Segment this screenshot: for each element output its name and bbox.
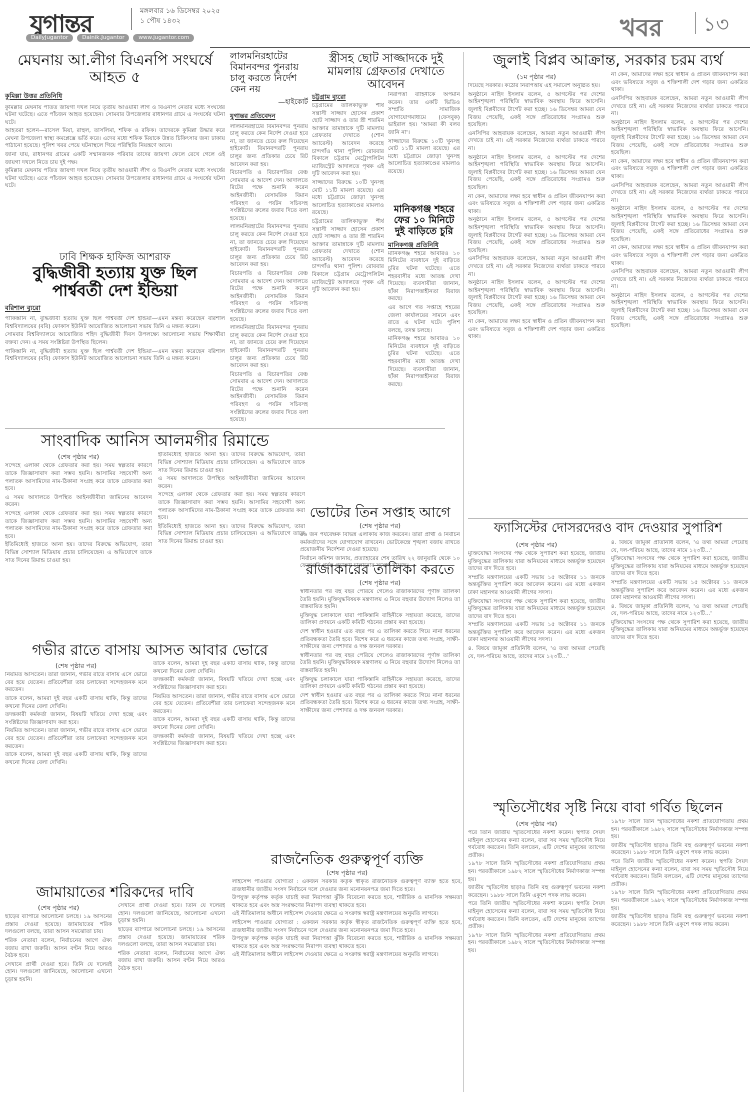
paragraph: ৪. বিষয়ে জামুকা প্রতিনিধি বলেন, 'এ তথ্য… <box>611 540 748 555</box>
article-gavir: গভীর রাতে বাসায় আসত আবার ভোরে (শেষ পৃষ্… <box>5 642 295 887</box>
paragraph: বিচারপতি ও বিচারপতির বেঞ্চ সোমবার এ আদেশ… <box>230 271 308 324</box>
section-title: খবর <box>620 10 662 50</box>
article-voter: ভোটের তিন সপ্তাহ আগে (শেষ পৃষ্ঠার পর) ৪৬… <box>300 505 460 570</box>
paragraph: ইতিমিধ্যেই হাজতে আনা হয়। তাদের বিরুদ্ধে… <box>158 452 305 475</box>
page-divider <box>695 12 696 34</box>
paragraph: মানিকগঞ্জ শহরে আবারও ১০ মিনিটের ব্যবধানে… <box>388 336 460 389</box>
article-headline: ভোটের তিন সপ্তাহ আগে <box>300 505 460 521</box>
continued-label: (শেষ পৃষ্ঠার পর) <box>5 661 147 672</box>
paragraph: দেশ স্বাধীন হওয়ার এত বছর পর এ তালিকা কর… <box>300 693 460 716</box>
paragraph: না কেন, আমাদের লক্ষ্য হবে স্বাধীন ও প্রত… <box>611 72 748 95</box>
article-anis: সাংবাদিক আনিস আলমগীর রিমান্ডে (শেষ পৃষ্ঠ… <box>5 432 305 633</box>
paragraph: না কেন, আমাদের লক্ষ্য হবে স্বাধীন ও প্রত… <box>468 319 605 342</box>
paragraph: পরে তিনি জাতীয় স্মৃতিসৌধের নকশা করেন। স… <box>611 859 748 889</box>
paragraph: অনুষ্ঠানে নাহিদ ইসলাম বলেন, ৫ আগস্টের পর… <box>468 217 605 255</box>
article-headline: মেঘনায় আ.লীগ বিএনপি সংঘর্ষে আহত ৫ <box>5 52 225 87</box>
paragraph: উপযুক্ত কর্তৃপক্ষ কর্তৃক যাচাই করা নিরাপ… <box>232 936 462 951</box>
article-byline: চট্টগ্রাম ব্যুরো <box>312 92 384 103</box>
paragraph: পাকিস্তানি না, বুদ্ধিজীবী হত্যায় যুক্ত … <box>5 316 225 331</box>
paragraph: তদন্তকারী কর্মকর্তা জানান, বিষয়টি খতিয়… <box>5 712 147 727</box>
article-kicker: ঢাবি শিক্ষক হাফিজ আশরাফ <box>5 252 225 264</box>
paragraph: অনুষ্ঠানে নাহিদ ইসলাম বলেন, ৫ আগস্টের পর… <box>468 92 605 130</box>
paragraph: উপযুক্ত কর্তৃপক্ষ কর্তৃক যাচাই করা নিরাপ… <box>232 895 462 910</box>
paragraph: সম্প্রতি মন্ত্রণালয়ের একটি সভায় ১৫ অক্… <box>611 580 748 603</box>
paragraph: না কেন, আমাদের লক্ষ্য হবে স্বাধীন ও প্রত… <box>611 159 748 182</box>
article-body-col2: ১৯৭৮ সালে তিনি স্মৃতিসৌধের নকশা প্রতিযোগ… <box>611 819 748 1079</box>
paragraph: ছাড়ের ব্যাপারে আলোচনা চলছে। ১৯ আসনের প্… <box>118 927 225 950</box>
article-body: দিয়েছে সরকার। কঠোর নিরাপত্তায় এই সমাবে… <box>468 83 605 521</box>
article-headline: স্ত্রীসহ ছোট সাজ্জাদকে দুই মামলায় গ্রেফ… <box>312 52 460 92</box>
paragraph: মুক্তিযোদ্ধা সংসদের পক্ষ থেকে সুপারিশ কর… <box>468 551 605 574</box>
article-byline: কুমিল্লা উত্তর প্রতিনিধি <box>5 91 225 102</box>
paragraph: পরে তিনি জাতীয় স্মৃতিসৌধের নকশা করেন। স… <box>468 830 605 860</box>
paragraph: সেখানে প্রার্থী দেওয়া হবে। তিনি যে দলের… <box>118 903 225 926</box>
social-facebook-link[interactable]: Dainik.Jugantor <box>77 34 129 42</box>
paragraph: মুক্তিযোদ্ধা সংসদের পক্ষ থেকে সুপারিশ কর… <box>468 599 605 622</box>
paragraph: এনসিপির আহবায়ক বলেছেন, আমরা নতুন আওয়াম… <box>468 131 605 154</box>
paragraph: সন্দেহে এলাকা থেকে গ্রেফতার করা হয়। সময… <box>158 492 305 522</box>
paragraph: লালমনিরহাটের বিমানবন্দর পুনরায় চালু করত… <box>230 325 308 371</box>
paragraph: ৪. বিষয়ে জামুকা প্রতিনিধি বলেন, 'এ তথ্য… <box>611 604 748 619</box>
paragraph: লালমনিরহাটের বিমানবন্দর পুনরায় চালু করত… <box>230 224 308 270</box>
paragraph: সেখানে প্রার্থী দেওয়া হবে। তিনি যে দলের… <box>5 962 112 985</box>
paragraph: লাইসেন্স পাওয়ার যোগ্যতা : একজন সরকার কর… <box>232 879 462 894</box>
paragraph: ১৯৭৮ সালে তিনি স্মৃতিসৌধের নকশা প্রতিযোগ… <box>611 890 748 913</box>
paragraph: এ সময় আদালতে উপস্থিত আইনজীবীরা জামিনের … <box>5 495 152 510</box>
paragraph: অনুষ্ঠানে নাহিদ ইসলাম বলেন, ৫ আগস্টের পর… <box>611 206 748 244</box>
paragraph: সম্প্রতি মন্ত্রণালয়ের একটি সভায় ১৫ অক্… <box>468 622 605 645</box>
article-headline: রাজনৈতিক গুরুত্বপূর্ণ ব্যক্তি <box>232 852 462 868</box>
header-rule <box>210 47 750 48</box>
social-x-link[interactable]: DailyJugantor <box>26 34 73 42</box>
page-number: ১৩ <box>703 10 729 43</box>
date-bengali: ১ পৌষ ১৪৩২ <box>140 16 220 26</box>
paragraph: ইতিমিধ্যেই হাজতে আনা হয়। তাদের বিরুদ্ধে… <box>5 542 152 565</box>
article-attribution: —হাইকোর্ট <box>230 96 308 108</box>
date-gregorian: মঙ্গলবার ১৬ ডিসেম্বর ২০২৫ <box>140 6 220 16</box>
article-body: পাকিস্তানি না, বুদ্ধিজীবী হত্যায় যুক্ত … <box>5 316 225 404</box>
paragraph: এনসিপির আহবায়ক বলেছেন, আমরা নতুন আওয়াম… <box>611 269 748 292</box>
article-body-col2: নিরাপত্তা বাহিনীকে অপমান করেন। তার একটি … <box>388 92 460 200</box>
logo-divider <box>131 8 132 30</box>
article-sazzad: স্ত্রীসহ ছোট সাজ্জাদকে দুই মামলায় গ্রেফ… <box>312 52 460 92</box>
paragraph: ছাড়ের ব্যাপারে আলোচনা চলছে। ১৯ আসনের প্… <box>5 914 112 937</box>
article-body: চট্টগ্রামের তালিকাভুক্ত শীর্ষ সন্ত্রাসী … <box>312 103 384 433</box>
paragraph: দেশ স্বাধীন হওয়ার এত বছর পর এ তালিকা কর… <box>300 629 460 652</box>
paragraph: না কেন, আমাদের লক্ষ্য হবে স্বাধীন ও প্রত… <box>611 245 748 268</box>
continued-label: (শেষ পৃষ্ঠার পর) <box>468 540 605 551</box>
article-body: পরে তিনি জাতীয় স্মৃতিসৌধের নকশা করেন। স… <box>468 830 605 1082</box>
paragraph: তাকে বলেন, আমরা দুই বছর একটি বাসায় থাকি… <box>5 752 147 767</box>
article-rajnoitik: রাজনৈতিক গুরুত্বপূর্ণ ব্যক্তি (শেষ পৃষ্ঠ… <box>232 852 462 1089</box>
article-byline: বরিশাল ব্যুরো <box>5 303 225 314</box>
continued-label: (১ম পৃষ্ঠার পর) <box>468 72 605 83</box>
article-body-col2: ৪. বিষয়ে জামুকা প্রতিনিধি বলেন, 'এ তথ্য… <box>611 540 748 786</box>
paragraph: সোমবার বিশ্ববিদ্যালয়ে আয়োজিত শহিদ বুদ্… <box>5 332 225 347</box>
article-headline: ফ্যাসিস্টের দোসরদেরও বাদ দেওয়ার সুপারিশ <box>468 522 748 537</box>
article-body-col2: না কেন, আমাদের লক্ষ্য হবে স্বাধীন ও প্রত… <box>611 72 748 518</box>
paragraph: তদন্তকারী কর্মকর্তা জানান, বিষয়টি খতিয়… <box>153 734 295 749</box>
divider <box>468 518 748 519</box>
paragraph: বিচারপতি ও বিচারপতির বেঞ্চ সোমবার এ আদেশ… <box>230 372 308 425</box>
paragraph: সম্প্রতি মন্ত্রণালয়ের একটি সভায় ১৫ অক্… <box>468 575 605 598</box>
column-divider <box>463 52 464 1092</box>
article-jamaat: জামায়াতের শরিকদের দাবি (শেষ পৃষ্ঠার পর)… <box>5 884 225 1094</box>
paragraph: এনসিপির আহবায়ক বলেছেন, আমরা নতুন আওয়াম… <box>468 256 605 279</box>
article-smriti: স্মৃতিসৌধের সৃষ্টি নিয়ে বাবা গর্বিত ছিল… <box>468 800 748 1082</box>
paragraph: চট্টগ্রামের তালিকাভুক্ত শীর্ষ সন্ত্রাসী … <box>312 219 384 295</box>
paragraph: তাকে বলেন, আমরা দুই বছর একটি বাসায় থাকি… <box>153 717 295 732</box>
paragraph: শরিক নেতারা বলেন, নির্বাচনের আগে ঐক্য বজ… <box>5 938 112 961</box>
article-headline: বুদ্ধিজীবী হত্যায় যুক্ত ছিল পার্শ্ববর্ত… <box>5 264 225 301</box>
paragraph: চট্টগ্রামের তালিকাভুক্ত শীর্ষ সন্ত্রাসী … <box>312 103 384 179</box>
paragraph: লাইসেন্স পাওয়ার যোগ্যতা : একজন সরকার কর… <box>232 920 462 935</box>
paragraph: নিয়মিত আসতেন। তারা জানান, গভীর রাতে বাস… <box>5 672 147 695</box>
paragraph: অনুষ্ঠানে নাহিদ ইসলাম বলেন, ৫ আগস্টের পর… <box>611 120 748 158</box>
paragraph: এ সময় আদালতে উপস্থিত আইনজীবীরা জামিনের … <box>158 476 305 491</box>
paragraph: বিচারপতি ও বিচারপতির বেঞ্চ সোমবার এ আদেশ… <box>230 170 308 223</box>
paragraph: জাতীয় স্মৃতিসৌধ ছাড়াও তিনি বহু গুরুত্ব… <box>468 885 605 900</box>
article-body: ছাড়ের ব্যাপারে আলোচনা চলছে। ১৯ আসনের প্… <box>5 914 112 1094</box>
paragraph: নিয়মিত আসতেন। তারা জানান, গভীর রাতে বাস… <box>153 694 295 717</box>
paragraph: পাকিস্তানি না, বুদ্ধিজীবী হত্যায় যুক্ত … <box>5 349 225 364</box>
paragraph: তাকে বলেন, আমরা দুই বছর একটি বাসায় থাকি… <box>5 696 147 711</box>
article-body: স্বাধীনতার পর বহু বছর পেরিয়ে গেলেও রাজা… <box>300 589 460 821</box>
paragraph: এর আগে গত সপ্তাহে শহরের জেলা কার্যালয়ের… <box>388 305 460 335</box>
continued-label: (শেষ পৃষ্ঠার পর) <box>5 903 112 914</box>
paragraph: ১৯৭৮ সালে তিনি স্মৃতিসৌধের নকশা প্রতিযোগ… <box>468 933 605 956</box>
article-rajakar: রাজাকারের তালিকা করতে (শেষ পৃষ্ঠার পর) স… <box>300 562 460 821</box>
paragraph: ৪. বিষয়ে জামুকা প্রতিনিধি বলেন, 'এ তথ্য… <box>468 646 605 661</box>
paragraph: এই নীতিমালার অধীনে লাইসেন্স দেওয়ার ক্ষে… <box>232 911 462 919</box>
paragraph: লালমনিরহাটের বিমানবন্দর পুনরায় চালু করত… <box>230 124 308 170</box>
paragraph: পরে তিনি জাতীয় স্মৃতিসৌধের নকশা করেন। স… <box>468 901 605 931</box>
article-body-col2: সেখানে প্রার্থী দেওয়া হবে। তিনি যে দলের… <box>118 903 225 1091</box>
paragraph: মুক্তিযুদ্ধ চলাকালে যারা পাকিস্তানি বাহি… <box>300 613 460 628</box>
article-body: লাইসেন্স পাওয়ার যোগ্যতা : একজন সরকার কর… <box>232 879 462 1089</box>
continued-label: (শেষ পৃষ্ঠার পর) <box>300 521 460 532</box>
article-headline: সাংবাদিক আনিস আলমগীর রিমান্ডে <box>5 432 305 450</box>
issue-date: মঙ্গলবার ১৬ ডিসেম্বর ২০২৫ ১ পৌষ ১৪৩২ <box>140 6 220 26</box>
article-meghna: মেঘনায় আ.লীগ বিএনপি সংঘর্ষে আহত ৫ কুমিল… <box>5 52 225 240</box>
paragraph: নিরাপত্তা বাহিনীকে অপমান করেন। তার একটি … <box>388 92 460 138</box>
article-body-col2: তাকে বলেন, আমরা দুই বছর একটি বাসায় থাকি… <box>153 661 295 884</box>
paragraph: নিয়মিত আসতেন। তারা জানান, গভীর রাতে বাস… <box>5 728 147 751</box>
article-headline: লালমনিরহাটের বিমানবন্দর পুনরায় চালু করত… <box>230 52 308 96</box>
paragraph: মুক্তিযোদ্ধা সংসদের পক্ষ থেকে সুপারিশ কর… <box>611 620 748 643</box>
article-byline: যুগান্তর প্রতিবেদন <box>230 111 308 122</box>
article-body: সন্দেহে এলাকা থেকে গ্রেফতার করা হয়। সময… <box>5 463 152 633</box>
paragraph: সাজ্জাদের বিরুদ্ধে ১০টি খুনসহ মোট ১১টি ম… <box>312 180 384 218</box>
article-headline: মানিকগঞ্জ শহরে ফের ১০ মিনিটে দুই বাড়িতে… <box>388 205 460 238</box>
paragraph: কুমিল্লার মেঘনায় পতিত জায়গা দখল নিয়ে … <box>5 168 225 191</box>
paragraph: আহতরা হলেন—রাসেল মিয়া, রাহুল, তাসলিমা, … <box>5 128 225 151</box>
social-links: DailyJugantor Dainik.Jugantor www.jugant… <box>26 34 194 42</box>
paragraph: এনসিপির আহবায়ক বলেছেন, আমরা নতুন আওয়াম… <box>611 183 748 206</box>
paragraph: জাতীয় স্মৃতিসৌধ ছাড়াও তিনি বহু গুরুত্ব… <box>611 914 748 929</box>
paragraph: এই নীতিমালার অধীনে লাইসেন্স দেওয়ার ক্ষে… <box>232 952 462 960</box>
continued-label: (শেষ পৃষ্ঠার পর) <box>5 452 152 463</box>
paragraph: সন্দেহে এলাকা থেকে গ্রেফতার করা হয়। সময… <box>5 511 152 541</box>
paragraph: ১৯৭৮ সালে তিনি স্মৃতিসৌধের নকশা প্রতিযোগ… <box>611 819 748 842</box>
paragraph: দিয়েছে সরকার। কঠোর নিরাপত্তায় এই সমাবে… <box>468 83 605 91</box>
paragraph: মুক্তিযুদ্ধ চলাকালে যারা পাকিস্তানি বাহি… <box>300 677 460 692</box>
paragraph: এনসিপির আহবায়ক বলেছেন, আমরা নতুন আওয়াম… <box>611 96 748 119</box>
paragraph: স্বাধীনতার পর বহু বছর পেরিয়ে গেলেও রাজা… <box>300 653 460 676</box>
masthead: যুগান্তর মঙ্গলবার ১৬ ডিসেম্বর ২০২৫ ১ পৌষ… <box>0 0 751 44</box>
article-body: মানিকগঞ্জ শহরে আবারও ১০ মিনিটের ব্যবধানে… <box>388 251 460 471</box>
paragraph: শরিক নেতারা বলেন, নির্বাচনের আগে ঐক্য বজ… <box>118 951 225 974</box>
article-headline: স্মৃতিসৌধের সৃষ্টি নিয়ে বাবা গর্বিত ছিল… <box>468 800 748 816</box>
article-july: জুলাই বিপ্লব আক্রান্ত, সরকার চরম ব্যর্থ … <box>468 52 748 521</box>
paragraph: অনুষ্ঠানে নাহিদ ইসলাম বলেন, ৫ আগস্টের পর… <box>468 280 605 318</box>
article-manikganj: মানিকগঞ্জ শহরে ফের ১০ মিনিটে দুই বাড়িতে… <box>388 205 460 471</box>
website-link[interactable]: www.jugantor.com <box>133 34 194 42</box>
article-body-col2: ইতিমিধ্যেই হাজতে আনা হয়। তাদের বিরুদ্ধে… <box>158 452 305 630</box>
paragraph: না কেন, আমাদের লক্ষ্য হবে স্বাধীন ও প্রত… <box>468 194 605 217</box>
article-byline: মানিকগঞ্জ প্রতিনিধি <box>388 240 460 251</box>
paragraph: ১৯৭৮ সালে তিনি স্মৃতিসৌধের নকশা প্রতিযোগ… <box>468 861 605 884</box>
paragraph: অনুষ্ঠানে নাহিদ ইসলাম বলেন, ৫ আগস্টের পর… <box>468 155 605 193</box>
continued-label: (শেষ পৃষ্ঠার পর) <box>232 868 462 879</box>
paragraph: জাতীয় স্মৃতিসৌধ ছাড়াও তিনি বহু গুরুত্ব… <box>611 843 748 858</box>
paragraph: তদন্তকারী কর্মকর্তা জানান, বিষয়টি খতিয়… <box>153 677 295 692</box>
article-fascist: ফ্যাসিস্টের দোসরদেরও বাদ দেওয়ার সুপারিশ… <box>468 522 748 789</box>
paragraph: কুমিল্লার মেঘনায় পতিত জায়গা দখল নিয়ে … <box>5 105 225 128</box>
article-headline: রাজাকারের তালিকা করতে <box>300 562 460 578</box>
continued-label: (শেষ পৃষ্ঠার পর) <box>300 578 460 589</box>
article-buddhijibi: ঢাবি শিক্ষক হাফিজ আশরাফ বুদ্ধিজীবী হত্যা… <box>5 252 225 404</box>
paragraph: জানা যায়, রাধানগর গ্রামের একটি সম্মানজন… <box>5 152 225 167</box>
article-headline: গভীর রাতে বাসায় আসত আবার ভোরে <box>5 642 295 659</box>
paragraph: অনুষ্ঠানে নাহিদ ইসলাম বলেন, ৫ আগস্টের পর… <box>611 293 748 331</box>
article-body: নিয়মিত আসতেন। তারা জানান, গভীর রাতে বাস… <box>5 672 147 887</box>
paragraph: মুক্তিযোদ্ধা সংসদের পক্ষ থেকে সুপারিশ কর… <box>611 556 748 579</box>
paragraph: ৪৬ জন পর্যবেক্ষক বিভিন্ন এলাকায় কাজ করব… <box>300 532 460 555</box>
article-body: মুক্তিযোদ্ধা সংসদের পক্ষ থেকে সুপারিশ কর… <box>468 551 605 789</box>
continued-label: (শেষ পৃষ্ঠার পর) <box>468 819 605 830</box>
paragraph: মানিকগঞ্জ শহরে আবারও ১০ মিনিটের ব্যবধানে… <box>388 251 460 304</box>
article-headline: জামায়াতের শরিকদের দাবি <box>5 884 225 901</box>
paragraph: স্বাধীনতার পর বহু বছর পেরিয়ে গেলেও রাজা… <box>300 589 460 612</box>
article-body: কুমিল্লার মেঘনায় পতিত জায়গা দখল নিয়ে … <box>5 105 225 240</box>
article-headline: জুলাই বিপ্লব আক্রান্ত, সরকার চরম ব্যর্থ <box>468 52 748 69</box>
paragraph: ইতিমিধ্যেই হাজতে আনা হয়। তাদের বিরুদ্ধে… <box>158 524 305 547</box>
paragraph: তাকে বলেন, আমরা দুই বছর একটি বাসায় থাকি… <box>153 661 295 676</box>
paragraph: সাজ্জাদের বিরুদ্ধে ১০টি খুনসহ মোট ১১টি ম… <box>388 139 460 177</box>
paragraph: সন্দেহে এলাকা থেকে গ্রেফতার করা হয়। সময… <box>5 463 152 493</box>
